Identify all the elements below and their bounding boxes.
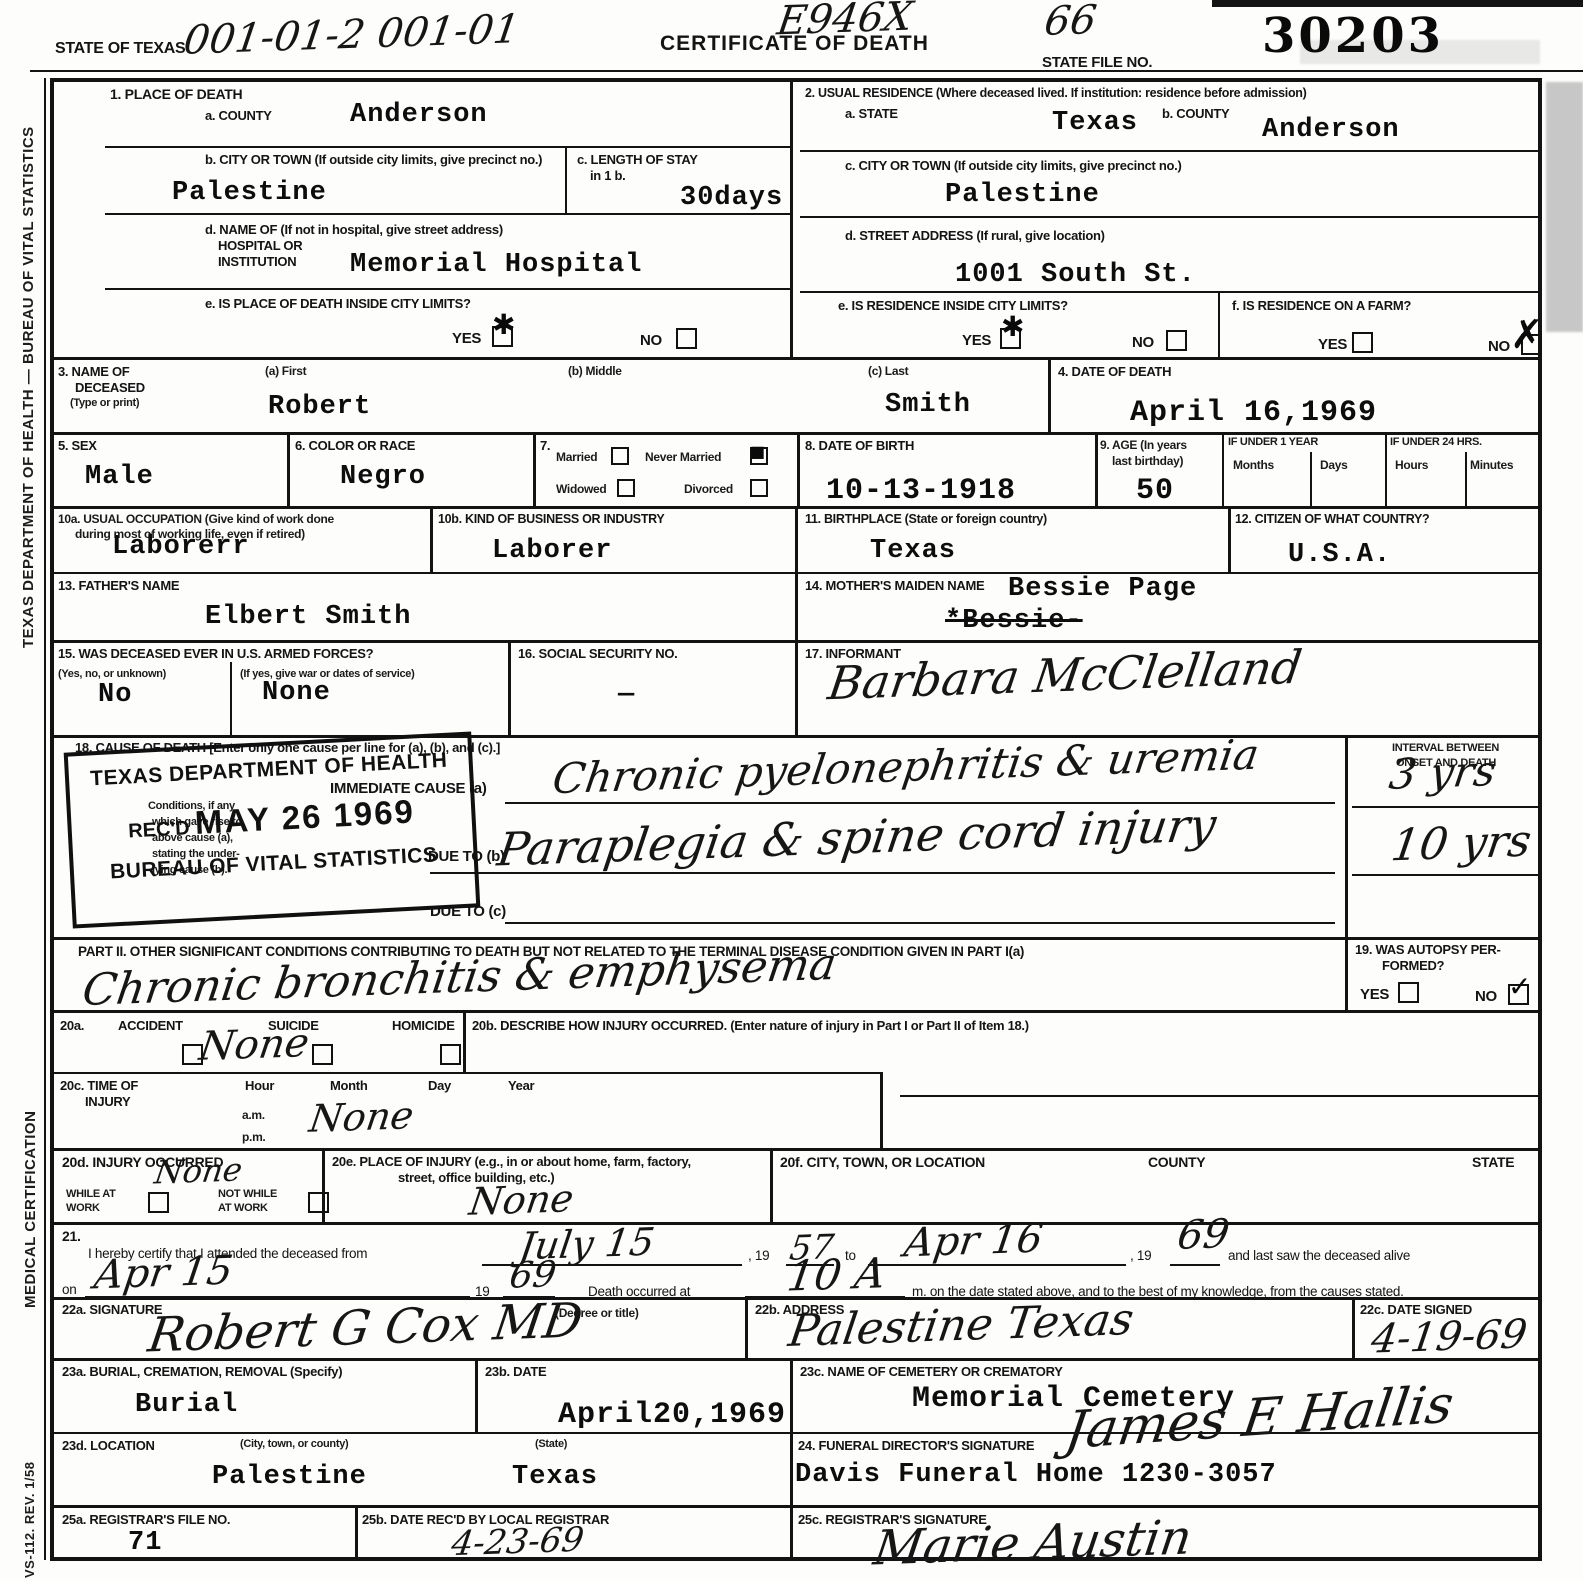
s20f-label: 20f. CITY, TOWN, OR LOCATION <box>780 1154 985 1170</box>
state-file-number-stamp: 30203 <box>1262 8 1444 64</box>
race-value: Negro <box>340 462 426 492</box>
scan-artifact <box>1212 0 1583 7</box>
stamp-date-value: MAY 26 1969 <box>194 793 416 841</box>
father-name-label: 13. FATHER'S NAME <box>58 578 179 593</box>
divorced-label: Divorced <box>684 482 733 496</box>
burial-location-sub1: (City, town, or county) <box>240 1438 348 1450</box>
autopsy-label: 19. WAS AUTOPSY PER- <box>1355 942 1500 957</box>
blank-line <box>1170 1264 1220 1266</box>
ssn-value: — <box>618 680 635 710</box>
not-while-at-work-checkbox <box>308 1192 329 1213</box>
grid-line <box>505 922 1335 924</box>
last-name-label: (c) Last <box>868 364 908 378</box>
occupation-label: 10a. USUAL OCCUPATION (Give kind of work… <box>58 512 334 526</box>
residence-state-value: Texas <box>1052 108 1138 138</box>
residence-state-label: a. STATE <box>845 106 898 121</box>
year-label: Year <box>508 1078 534 1093</box>
grid-line <box>1352 806 1540 808</box>
grid-line <box>50 432 1542 435</box>
due-to-b-value: Paraplegia & spine cord injury <box>494 798 1219 877</box>
funeral-home-value: Davis Funeral Home 1230-3057 <box>795 1460 1277 1490</box>
year-b-value: 69 <box>1175 1211 1233 1259</box>
county-value: Anderson <box>350 100 488 130</box>
race-label: 6. COLOR OR RACE <box>295 438 415 453</box>
autopsy-yes-label: YES <box>1360 986 1389 1003</box>
blank-line <box>745 1296 905 1298</box>
handwritten-code: E946X <box>774 0 915 44</box>
accident-label: ACCIDENT <box>118 1018 183 1033</box>
grid-line <box>800 291 1540 293</box>
industry-value: Laborer <box>492 536 612 566</box>
s20a-none-value: None <box>196 1020 312 1070</box>
stamp-recd-label: REC'D <box>128 817 191 842</box>
grid-line <box>50 1222 1542 1225</box>
autopsy-yes-checkbox <box>1398 982 1419 1003</box>
grid-line <box>1095 432 1098 506</box>
grid-line <box>230 662 232 735</box>
autopsy-no-label: NO <box>1475 988 1497 1005</box>
armed-forces-value1: No <box>98 680 132 710</box>
s20f-county-label: COUNTY <box>1148 1154 1205 1170</box>
day-label: Day <box>428 1078 451 1093</box>
farm-yes-checkbox <box>1352 332 1373 353</box>
stamp-bureau: BUREAU OF VITAL STATISTICS <box>73 842 474 887</box>
year-c-value: 69 <box>507 1254 559 1297</box>
death-occurred-at-label: Death occurred at <box>588 1284 690 1299</box>
grid-line <box>50 78 1542 82</box>
ssn-label: 16. SOCIAL SECURITY NO. <box>518 646 678 661</box>
s20e-none-value: None <box>467 1176 577 1224</box>
grid-line <box>105 213 792 215</box>
autopsy-label2: FORMED? <box>1382 958 1444 973</box>
interval-b-value: 10 yrs <box>1388 816 1534 872</box>
certify-on: on <box>62 1282 76 1297</box>
homicide-label: HOMICIDE <box>392 1018 455 1033</box>
certify-19b: , 19 <box>1130 1248 1151 1263</box>
am-label: a.m. <box>242 1108 265 1122</box>
father-name-value: Elbert Smith <box>205 602 411 632</box>
immediate-cause-value: Chronic pyelonephritis & uremia <box>550 730 1263 803</box>
residence-city-label: c. CITY OR TOWN (If outside city limits,… <box>845 158 1181 173</box>
first-name-label: (a) First <box>265 364 306 378</box>
pm-label: p.m. <box>242 1130 265 1144</box>
length-of-stay-label: c. LENGTH OF STAY <box>577 152 698 167</box>
not-while-at-work-label2: AT WORK <box>218 1202 268 1214</box>
grid-line <box>1385 432 1387 506</box>
months-label: Months <box>1233 458 1274 472</box>
city-value: Palestine <box>172 178 327 208</box>
residence-limits-label: e. IS RESIDENCE INSIDE CITY LIMITS? <box>838 298 1068 313</box>
residence-county-value: Anderson <box>1262 115 1400 145</box>
mother-name-struck-value: *Bessie- <box>945 606 1083 636</box>
deceased-name-label2: DECEASED <box>75 380 145 395</box>
hours-label: Hours <box>1395 458 1428 472</box>
not-while-at-work-label: NOT WHILE <box>218 1188 277 1200</box>
certify-19a: , 19 <box>748 1248 769 1263</box>
sidebar-medical-certification-text: MEDICAL CERTIFICATION <box>22 1111 39 1308</box>
grid-line <box>880 1072 883 1148</box>
registrar-file-no-label: 25a. REGISTRAR'S FILE NO. <box>62 1512 230 1527</box>
minutes-label: Minutes <box>1470 458 1513 472</box>
stamp-agency: TEXAS DEPARTMENT OF HEALTH <box>69 748 470 793</box>
farm-label: f. IS RESIDENCE ON A FARM? <box>1232 298 1411 313</box>
state-file-no-label: STATE FILE NO. <box>1042 54 1152 71</box>
burial-city-value: Palestine <box>212 1462 367 1492</box>
hospital-label3: INSTITUTION <box>218 254 296 269</box>
grid-line <box>50 1557 1542 1561</box>
grid-line <box>50 1072 880 1074</box>
burial-location-sub2: (State) <box>535 1438 567 1450</box>
suicide-checkbox <box>312 1044 333 1065</box>
s20a-label: 20a. <box>60 1018 84 1033</box>
city-limits-no-label: NO <box>640 332 662 349</box>
grid-line <box>533 432 536 506</box>
under-24-hrs-label: IF UNDER 24 HRS. <box>1390 436 1482 448</box>
while-at-work-label: WHILE AT <box>66 1188 116 1200</box>
residence-city-value: Palestine <box>945 180 1100 210</box>
city-limits-no-checkbox <box>676 328 697 349</box>
grid-line <box>800 216 1540 218</box>
section1-title: 1. PLACE OF DEATH <box>110 86 242 102</box>
physician-signature-label: 22a. SIGNATURE <box>62 1302 162 1317</box>
grid-line <box>105 288 792 290</box>
grid-line <box>1310 452 1312 506</box>
hour-label: Hour <box>245 1078 274 1093</box>
attended-to-value: Apr 16 <box>901 1216 1045 1267</box>
grid-line <box>50 1505 1542 1508</box>
middle-name-label: (b) Middle <box>568 364 622 378</box>
grid-line <box>1538 78 1542 1560</box>
hospital-value: Memorial Hospital <box>350 250 642 280</box>
cemetery-label: 23c. NAME OF CEMETERY OR CREMATORY <box>800 1364 1063 1379</box>
physician-signature: Robert G Cox MD <box>145 1292 586 1363</box>
grid-line <box>1218 291 1220 357</box>
homicide-checkbox <box>440 1044 461 1065</box>
occupation-value: Laborerr <box>112 532 250 562</box>
autopsy-no-mark: ✓ <box>1508 970 1531 1003</box>
s20c-label: 20c. TIME OF <box>60 1078 138 1093</box>
burial-date-label: 23b. DATE <box>485 1364 546 1379</box>
never-married-label: Never Married <box>645 450 721 464</box>
certify-text2b: m. on the date stated above, and to the … <box>912 1284 1404 1299</box>
while-at-work-label2: WORK <box>66 1202 100 1214</box>
funeral-director-label: 24. FUNERAL DIRECTOR'S SIGNATURE <box>798 1438 1034 1453</box>
grid-line <box>1228 506 1231 572</box>
industry-label: 10b. KIND OF BUSINESS OR INDUSTRY <box>438 512 664 526</box>
s20d-none-value: None <box>152 1150 245 1191</box>
city-limits-yes-mark: ✱ <box>492 308 515 341</box>
blank-line <box>868 1264 1126 1266</box>
last-name-value: Smith <box>885 390 971 420</box>
registrar-file-no-value: 71 <box>128 1528 162 1558</box>
grid-line <box>1222 432 1224 506</box>
grid-line <box>745 1297 748 1358</box>
s20e-label: 20e. PLACE OF INJURY (e.g., in or about … <box>332 1154 691 1169</box>
citizen-value: U.S.A. <box>1288 540 1391 570</box>
street-address-value: 1001 South St. <box>955 260 1196 290</box>
s20c-label2: INJURY <box>85 1094 130 1109</box>
burial-value: Burial <box>135 1390 238 1420</box>
city-limits-label: e. IS PLACE OF DEATH INSIDE CITY LIMITS? <box>205 296 471 311</box>
grid-line <box>105 146 792 148</box>
marital-label: 7. <box>540 438 550 453</box>
city-label: b. CITY OR TOWN (If outside city limits,… <box>205 152 542 167</box>
deceased-name-label: 3. NAME OF <box>58 364 129 379</box>
armed-forces-value2: None <box>262 678 331 708</box>
death-certificate-scan: STATE OF TEXAS 001-01-2 001-01 CERTIFICA… <box>0 0 1583 1581</box>
street-address-label: d. STREET ADDRESS (If rural, give locati… <box>845 228 1105 243</box>
hospital-label2: HOSPITAL OR <box>218 238 302 253</box>
age-label2: last birthday) <box>1112 454 1183 468</box>
grid-line <box>1048 357 1051 432</box>
interval-a-value: 3 yrs <box>1386 746 1499 799</box>
widowed-checkbox <box>617 479 635 497</box>
farm-yes-label: YES <box>1318 336 1347 353</box>
county-label: a. COUNTY <box>205 108 272 123</box>
citizen-label: 12. CITIZEN OF WHAT COUNTRY? <box>1235 512 1429 526</box>
s20c-none-value: None <box>307 1093 417 1141</box>
grid-line <box>900 1095 1542 1097</box>
under-1-year-label: IF UNDER 1 YEAR <box>1228 436 1318 448</box>
grid-line <box>287 432 290 506</box>
grid-line <box>795 640 798 735</box>
age-label: 9. AGE (In years <box>1100 438 1187 452</box>
farm-no-label: NO <box>1488 338 1510 355</box>
residence-limits-yes-label: YES <box>962 332 991 349</box>
received-stamp: TEXAS DEPARTMENT OF HEALTH REC'D MAY 26 … <box>64 731 481 928</box>
birthplace-label: 11. BIRTHPLACE (State or foreign country… <box>805 512 1047 526</box>
date-of-birth-value: 10-13-1918 <box>826 474 1016 508</box>
grid-line <box>565 146 567 213</box>
grid-line <box>50 735 1542 738</box>
deceased-name-label3: (Type or print) <box>70 397 139 409</box>
grid-line <box>475 1358 478 1432</box>
burial-label: 23a. BURIAL, CREMATION, REMOVAL (Specify… <box>62 1364 342 1379</box>
handwritten-number: 66 <box>1042 0 1100 45</box>
length-of-stay-label2: in 1 b. <box>590 168 625 183</box>
grid-line <box>44 78 46 1560</box>
mother-name-label: 14. MOTHER'S MAIDEN NAME <box>805 578 984 593</box>
grid-line <box>30 70 1583 72</box>
date-signed-value: 4-19-69 <box>1368 1311 1530 1362</box>
grid-line <box>430 506 433 572</box>
grid-line <box>508 640 511 735</box>
sidebar-agency-text: TEXAS DEPARTMENT OF HEALTH — BUREAU OF V… <box>20 126 37 648</box>
grid-line <box>797 432 800 506</box>
date-of-birth-label: 8. DATE OF BIRTH <box>805 438 914 453</box>
last-seen-value: Apr 15 <box>91 1248 235 1299</box>
grid-line <box>463 1010 466 1072</box>
stamp-date: REC'D MAY 26 1969 <box>71 790 472 849</box>
armed-forces-sub1: (Yes, no, or unknown) <box>58 668 166 680</box>
s20f-state-label: STATE <box>1472 1154 1514 1170</box>
registrar-signature: Marie Austin <box>870 1510 1195 1577</box>
date-of-death-label: 4. DATE OF DEATH <box>1058 364 1171 379</box>
burial-location-label: 23d. LOCATION <box>62 1438 155 1453</box>
section2-title: 2. USUAL RESIDENCE (Where deceased lived… <box>805 86 1306 100</box>
handwritten-registration-code: 001-01-2 001-01 <box>181 6 523 64</box>
residence-limits-no-label: NO <box>1132 334 1154 351</box>
days-label: Days <box>1320 458 1348 472</box>
age-value: 50 <box>1136 474 1174 508</box>
grid-line <box>800 150 1540 152</box>
while-at-work-checkbox <box>148 1192 169 1213</box>
grid-line <box>1465 452 1467 506</box>
residence-limits-no-checkbox <box>1166 330 1187 351</box>
city-limits-yes-label: YES <box>452 330 481 347</box>
grid-line <box>50 1010 1542 1013</box>
grid-line <box>790 78 793 357</box>
hospital-label: d. NAME OF (If not in hospital, give str… <box>205 222 503 237</box>
death-time-value: 10 A <box>784 1248 889 1300</box>
never-married-mark: ■ <box>750 442 765 461</box>
month-label: Month <box>330 1078 367 1093</box>
grid-line <box>1352 1297 1355 1358</box>
divorced-checkbox <box>750 479 768 497</box>
residence-limits-yes-mark: ✱ <box>1001 310 1024 343</box>
grid-line <box>790 1505 793 1558</box>
date-of-death-value: April 16,1969 <box>1130 396 1377 430</box>
sex-label: 5. SEX <box>58 438 97 453</box>
burial-date-value: April20,1969 <box>558 1398 786 1432</box>
state-of-texas-label: STATE OF TEXAS <box>55 40 185 58</box>
married-label: Married <box>556 450 597 464</box>
grid-line <box>50 572 1542 574</box>
grid-line <box>355 1505 358 1558</box>
grid-line <box>50 357 1542 360</box>
grid-line <box>50 78 54 1560</box>
birthplace-value: Texas <box>870 536 956 566</box>
physician-address-value: Palestine Texas <box>785 1294 1136 1357</box>
widowed-label: Widowed <box>556 482 606 496</box>
sex-value: Male <box>85 462 154 492</box>
first-name-value: Robert <box>268 392 371 422</box>
married-checkbox <box>611 447 629 465</box>
form-code-text: VS-112. REV. 1/58 <box>22 1462 37 1578</box>
residence-county-label: b. COUNTY <box>1162 106 1229 121</box>
grid-line <box>1345 735 1348 1010</box>
date-recd-value: 4-23-69 <box>449 1520 587 1565</box>
mother-name-value: Bessie Page <box>1008 574 1197 604</box>
burial-state-value: Texas <box>512 1462 598 1492</box>
s20b-label: 20b. DESCRIBE HOW INJURY OCCURRED. (Ente… <box>472 1018 1029 1033</box>
farm-no-mark: ✗ <box>1510 312 1544 358</box>
armed-forces-label: 15. WAS DECEASED EVER IN U.S. ARMED FORC… <box>58 646 373 661</box>
certify-text1b: and last saw the deceased alive <box>1228 1248 1410 1263</box>
scan-smudge <box>1546 82 1583 332</box>
grid-line <box>770 1148 773 1222</box>
s21-number: 21. <box>62 1228 81 1244</box>
grid-line <box>50 1148 1542 1151</box>
grid-line <box>1352 874 1540 876</box>
length-of-stay-value: 30days <box>680 183 783 213</box>
